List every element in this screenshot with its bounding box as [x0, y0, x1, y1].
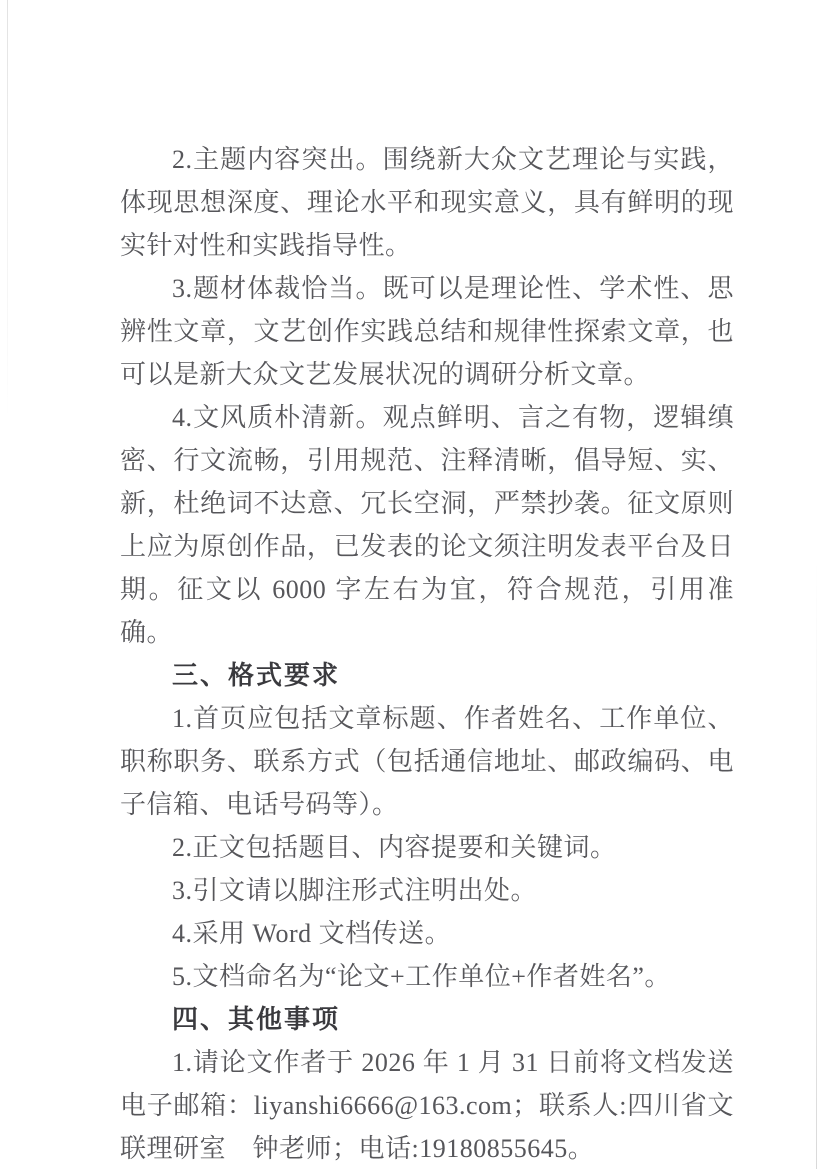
section-heading-format-requirements: 三、格式要求	[120, 654, 734, 697]
paragraph-first-page-info: 1.首页应包括文章标题、作者姓名、工作单位、职称职务、联系方式（包括通信地址、邮…	[120, 697, 734, 826]
paragraph-word-document: 4.采用 Word 文档传送。	[120, 912, 734, 955]
scanned-document-page: 2.主题内容突出。围绕新大众文艺理论与实践，体现思想深度、理论水平和现实意义，具…	[0, 0, 826, 1169]
paragraph-main-text-parts: 2.正文包括题目、内容提要和关键词。	[120, 826, 734, 869]
document-body: 2.主题内容突出。围绕新大众文艺理论与实践，体现思想深度、理论水平和现实意义，具…	[120, 138, 734, 1169]
scan-edge-artifact-left	[7, 0, 8, 420]
section-heading-other-matters: 四、其他事项	[120, 998, 734, 1041]
paragraph-writing-style: 4.文风质朴清新。观点鲜明、言之有物，逻辑缜密、行文流畅，引用规范、注释清晰，倡…	[120, 396, 734, 654]
paragraph-footnote-citation: 3.引文请以脚注形式注明出处。	[120, 869, 734, 912]
paragraph-theme-content: 2.主题内容突出。围绕新大众文艺理论与实践，体现思想深度、理论水平和现实意义，具…	[120, 138, 734, 267]
paragraph-submission-contact: 1.请论文作者于 2026 年 1 月 31 日前将文档发送电子邮箱：liyan…	[120, 1041, 734, 1169]
paragraph-subject-genre: 3.题材体裁恰当。既可以是理论性、学术性、思辨性文章，文艺创作实践总结和规律性探…	[120, 267, 734, 396]
paragraph-file-naming: 5.文档命名为“论文+工作单位+作者姓名”。	[120, 955, 734, 998]
scan-edge-artifact-right	[816, 560, 817, 1169]
